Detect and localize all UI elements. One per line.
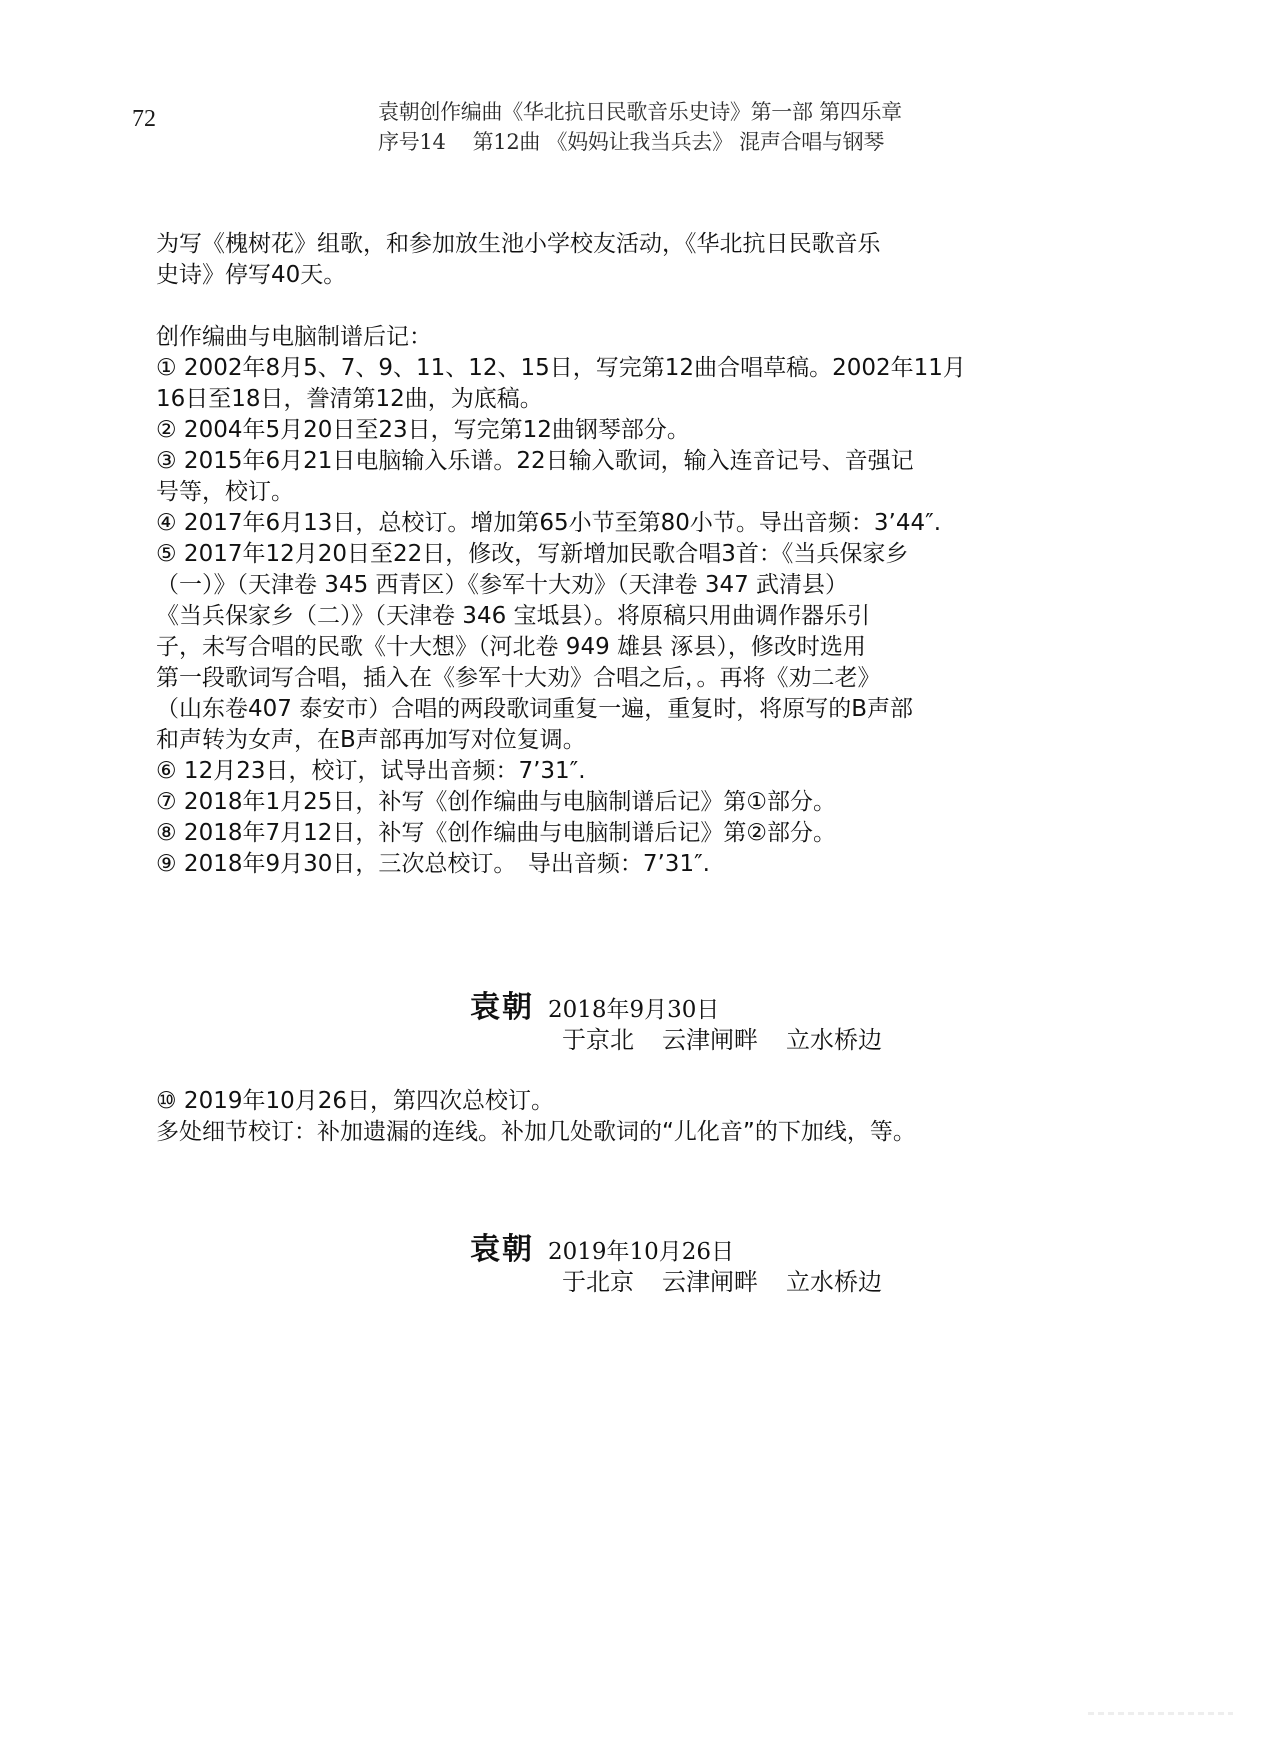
- intro-line: 为写《槐树花》组歌，和参加放生池小学校友活动，《华北抗日民歌音乐: [156, 229, 1116, 260]
- header-line-title: 袁朝创作编曲《华北抗日民歌音乐史诗》第一部 第四乐章: [378, 97, 1018, 127]
- postscript-line: ① 2002年8月5、7、9、11、12、15日，写完第12曲合唱草稿。2002…: [156, 353, 1116, 384]
- signature-block-2019: 袁朝 2019年10月26日 于北京 云津闸畔 立水桥边: [470, 1224, 1070, 1297]
- postscript-line: ⑧ 2018年7月12日，补写《创作编曲与电脑制谱后记》第②部分。: [156, 818, 1116, 849]
- postscript-line: （山东卷407 泰安市）合唱的两段歌词重复一遍，重复时，将原写的B声部: [156, 694, 1116, 725]
- signature-block-2018: 袁朝 2018年9月30日 于京北 云津闸畔 立水桥边: [470, 982, 1070, 1055]
- signature-name-date: 袁朝 2018年9月30日: [470, 982, 1070, 1018]
- postscript-line: ⑨ 2018年9月30日，三次总校订。 导出音频：7’31″.: [156, 849, 1116, 880]
- spacer: [156, 291, 1116, 322]
- header-line-subtitle: 序号14 第12曲 《妈妈让我当兵去》 混声合唱与钢琴: [378, 127, 1018, 157]
- page-number: 72: [132, 106, 156, 133]
- postscript-line: ③ 2015年6月21日电脑输入乐谱。22日输入歌词，输入连音记号、音强记: [156, 446, 1116, 477]
- addendum-line: ⑩ 2019年10月26日，第四次总校订。: [156, 1086, 1156, 1117]
- postscript-line: 子，未写合唱的民歌《十大想》（河北卷 949 雄县 涿县），修改时选用: [156, 632, 1116, 663]
- addendum: ⑩ 2019年10月26日，第四次总校订。 多处细节校订：补加遗漏的连线。补加几…: [156, 1086, 1156, 1148]
- faint-watermark: [1088, 1712, 1233, 1715]
- signature-places: 于北京 云津闸畔 立水桥边: [562, 1262, 1070, 1297]
- signature-place: 立水桥边: [786, 1020, 882, 1055]
- signature-name-date: 袁朝 2019年10月26日: [470, 1224, 1070, 1260]
- postscript-line: （一）》（天津卷 345 西青区）《参军十大劝》（天津卷 347 武清县）: [156, 570, 1116, 601]
- signature-place: 云津闸畔: [662, 1262, 758, 1297]
- postscript-line: ⑥ 12月23日，校订，试导出音频：7’31″.: [156, 756, 1116, 787]
- signature-places: 于京北 云津闸畔 立水桥边: [562, 1020, 1070, 1055]
- addendum-line: 多处细节校订：补加遗漏的连线。补加几处歌词的“儿化音”的下加线，等。: [156, 1117, 1156, 1148]
- postscript-line: ⑤ 2017年12月20日至22日，修改，写新增加民歌合唱3首：《当兵保家乡: [156, 539, 1116, 570]
- postscript-line: ⑦ 2018年1月25日，补写《创作编曲与电脑制谱后记》第①部分。: [156, 787, 1116, 818]
- postscript-line: 《当兵保家乡（二）》（天津卷 346 宝坻县）。将原稿只用曲调作器乐引: [156, 601, 1116, 632]
- page-header: 袁朝创作编曲《华北抗日民歌音乐史诗》第一部 第四乐章 序号14 第12曲 《妈妈…: [378, 97, 1018, 157]
- signature-place: 于北京: [562, 1262, 634, 1297]
- intro-line: 史诗》停写40天。: [156, 260, 1116, 291]
- postscript-line: ② 2004年5月20日至23日，写完第12曲钢琴部分。: [156, 415, 1116, 446]
- postscript-title: 创作编曲与电脑制谱后记：: [156, 322, 1116, 353]
- signature-place: 于京北: [562, 1020, 634, 1055]
- signature-place: 立水桥边: [786, 1262, 882, 1297]
- body-text: 为写《槐树花》组歌，和参加放生池小学校友活动，《华北抗日民歌音乐 史诗》停写40…: [156, 229, 1116, 880]
- author-name: 袁朝: [470, 982, 534, 1026]
- author-name: 袁朝: [470, 1224, 534, 1268]
- signature-place: 云津闸畔: [662, 1020, 758, 1055]
- postscript-line: 16日至18日，誊清第12曲，为底稿。: [156, 384, 1116, 415]
- postscript-line: ④ 2017年6月13日，总校订。增加第65小节至第80小节。导出音频：3’44…: [156, 508, 1116, 539]
- postscript-line: 号等，校订。: [156, 477, 1116, 508]
- postscript-line: 第一段歌词写合唱，插入在《参军十大劝》合唱之后，。再将《劝二老》: [156, 663, 1116, 694]
- postscript-line: 和声转为女声，在B声部再加写对位复调。: [156, 725, 1116, 756]
